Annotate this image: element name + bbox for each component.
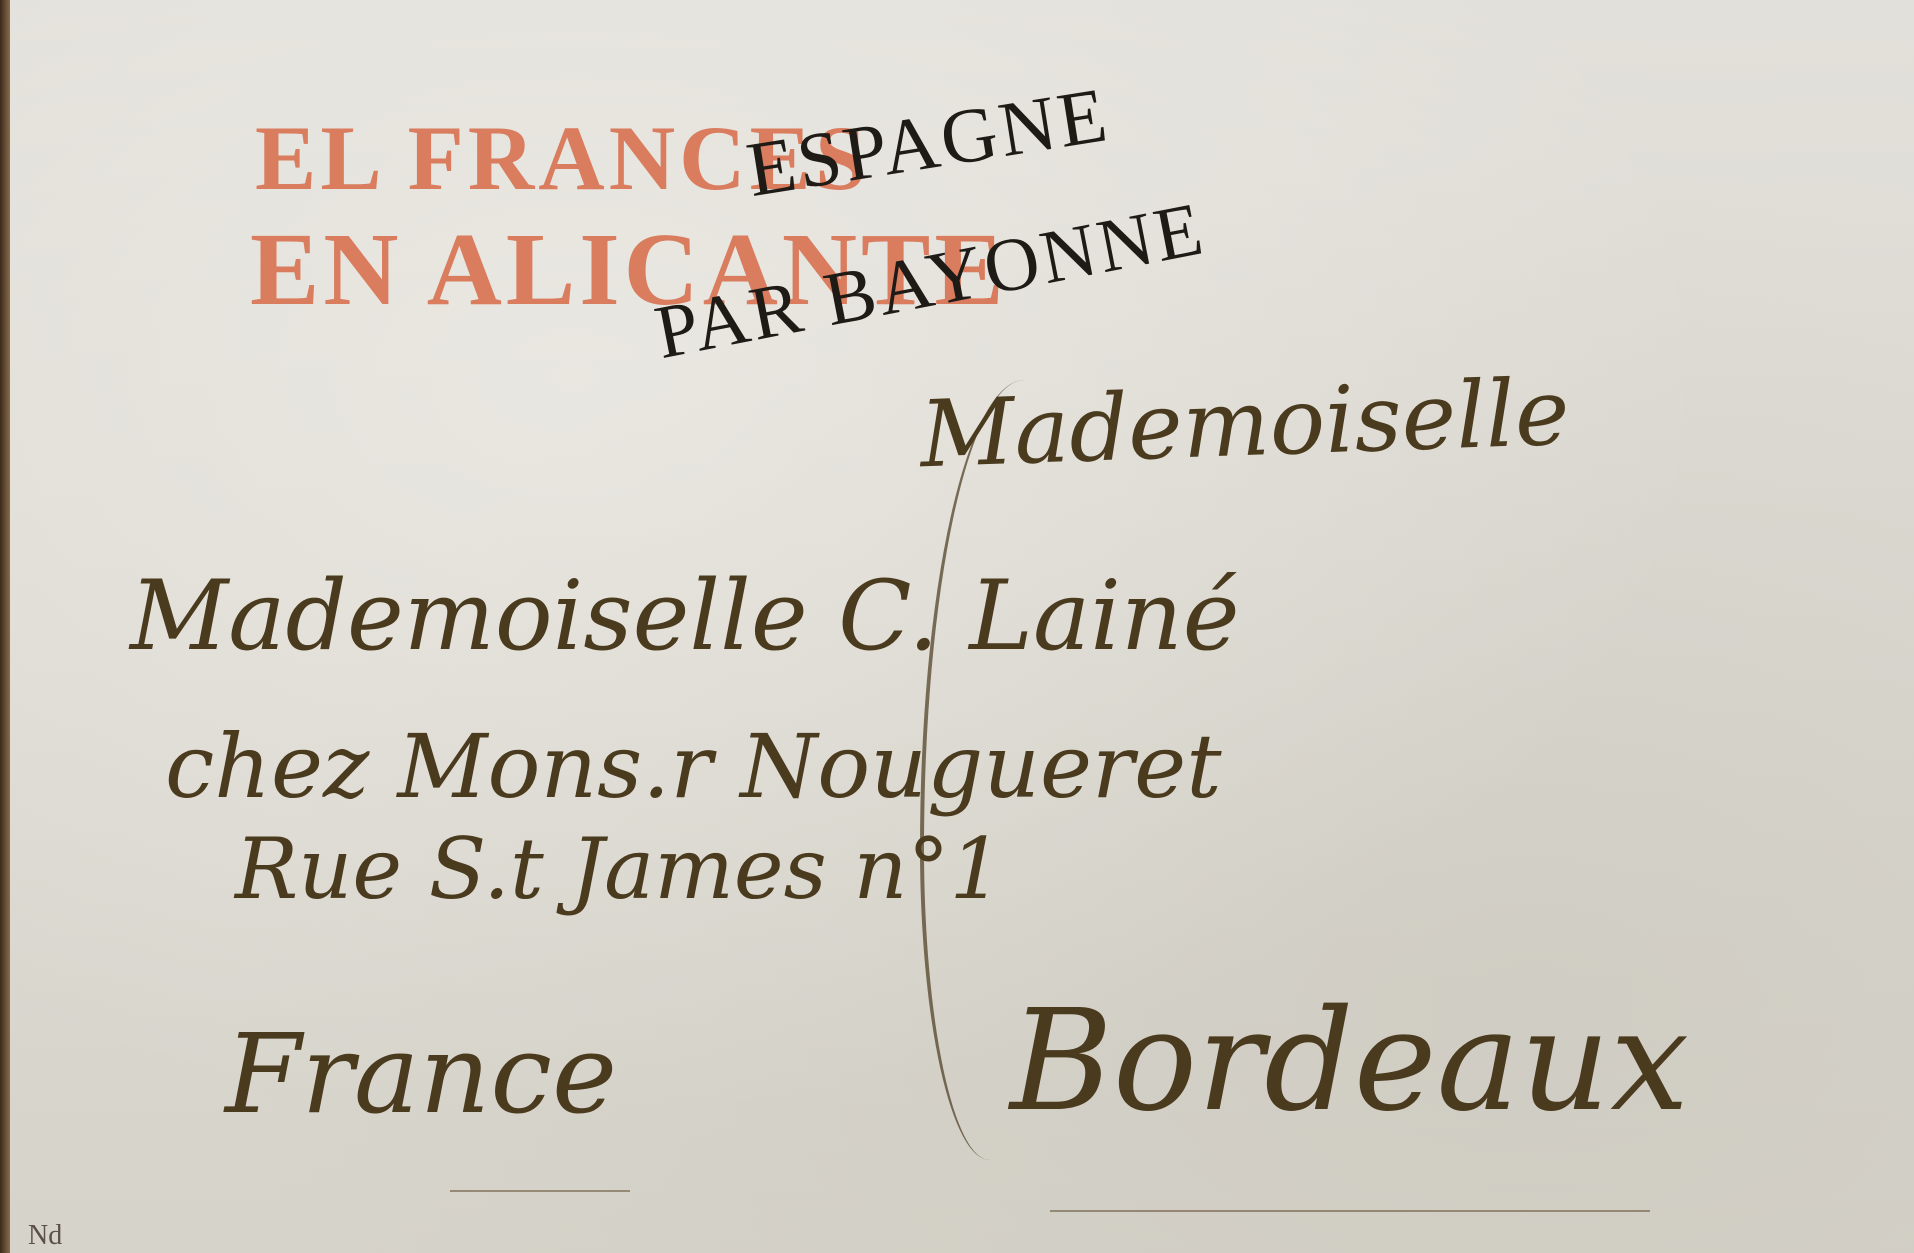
paper-edge xyxy=(0,0,10,1253)
address-line-2: Mademoiselle C. Lainé xyxy=(130,560,1240,672)
address-line-1: Mademoiselle xyxy=(918,359,1571,489)
address-city: Bordeaux xyxy=(1010,980,1689,1143)
address-line-3: chez Mons.r Nougueret xyxy=(165,715,1222,818)
address-country: France xyxy=(225,1010,617,1138)
underline-france xyxy=(450,1190,630,1192)
address-line-4: Rue S.t James n°1 xyxy=(235,820,1003,918)
corner-mark: Nd xyxy=(28,1220,62,1252)
underline-bordeaux xyxy=(1050,1210,1650,1212)
